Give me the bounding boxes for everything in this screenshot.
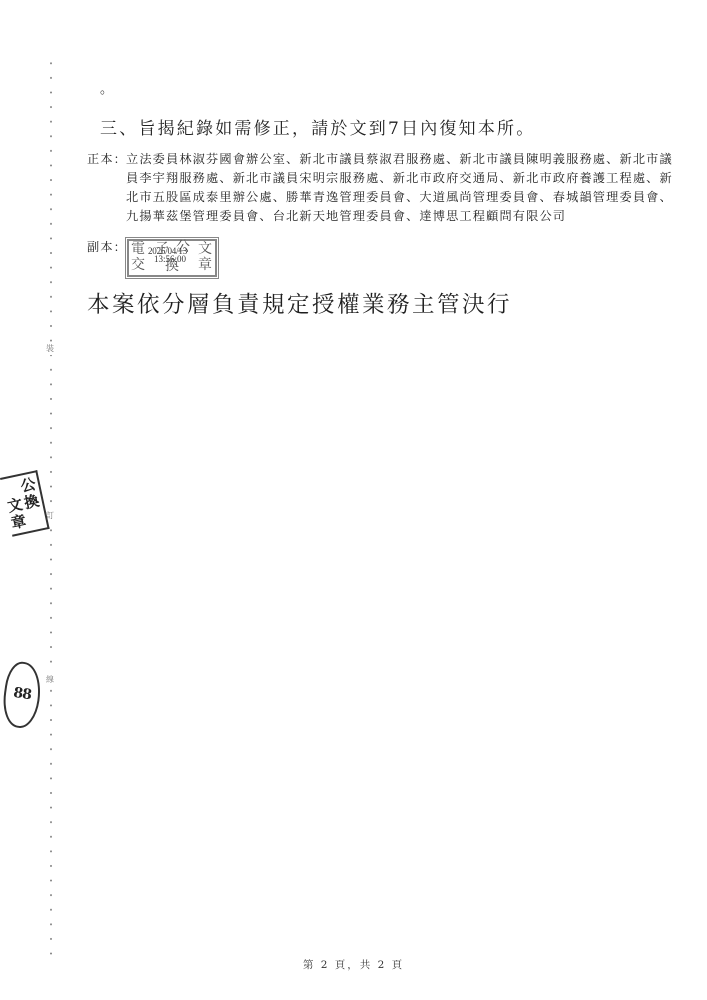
binding-dotted-line <box>50 56 52 956</box>
electronic-exchange-stamp: 電 子 公 文 交 換 章 2026/04/13 13:56:00 <box>127 239 217 277</box>
stamp-char: 文 <box>198 242 212 256</box>
stamp-char: 電 <box>131 242 145 256</box>
page-indicator: 第 2 頁，共 2 頁 <box>0 957 707 972</box>
gear-seal-stamp: 88 <box>0 660 44 730</box>
continuation-mark: 。 <box>100 78 113 97</box>
recipients-list: 立法委員林淑芬國會辦公室、新北市議員蔡淑君服務處、新北市議員陳明義服務處、新北市… <box>126 150 686 226</box>
item-three-paragraph: 三、旨揭紀錄如需修正，請於文到7日內復知本所。 <box>100 114 535 139</box>
seal-char: 章 <box>9 513 28 533</box>
cc-label: 副本： <box>87 238 127 255</box>
seal-char: 換 <box>22 492 41 512</box>
recipients-block: 正本： 立法委員林淑芬國會辦公室、新北市議員蔡淑君服務處、新北市議員陳明義服務處… <box>87 150 687 226</box>
exchange-seal-stamp: 公 換 文 章 <box>0 470 50 537</box>
stamp-time: 13:56:00 <box>154 254 186 264</box>
recipients-label: 正本： <box>87 150 127 169</box>
gear-seal-text: 88 <box>12 685 32 703</box>
stamp-char: 交 <box>131 258 145 272</box>
binding-char-zhuang: 裝 <box>46 343 54 355</box>
stamp-char: 章 <box>198 258 212 272</box>
binding-char-xian: 線 <box>46 674 54 686</box>
decision-authority-statement: 本案依分層負責規定授權業務主管決行 <box>87 287 512 319</box>
